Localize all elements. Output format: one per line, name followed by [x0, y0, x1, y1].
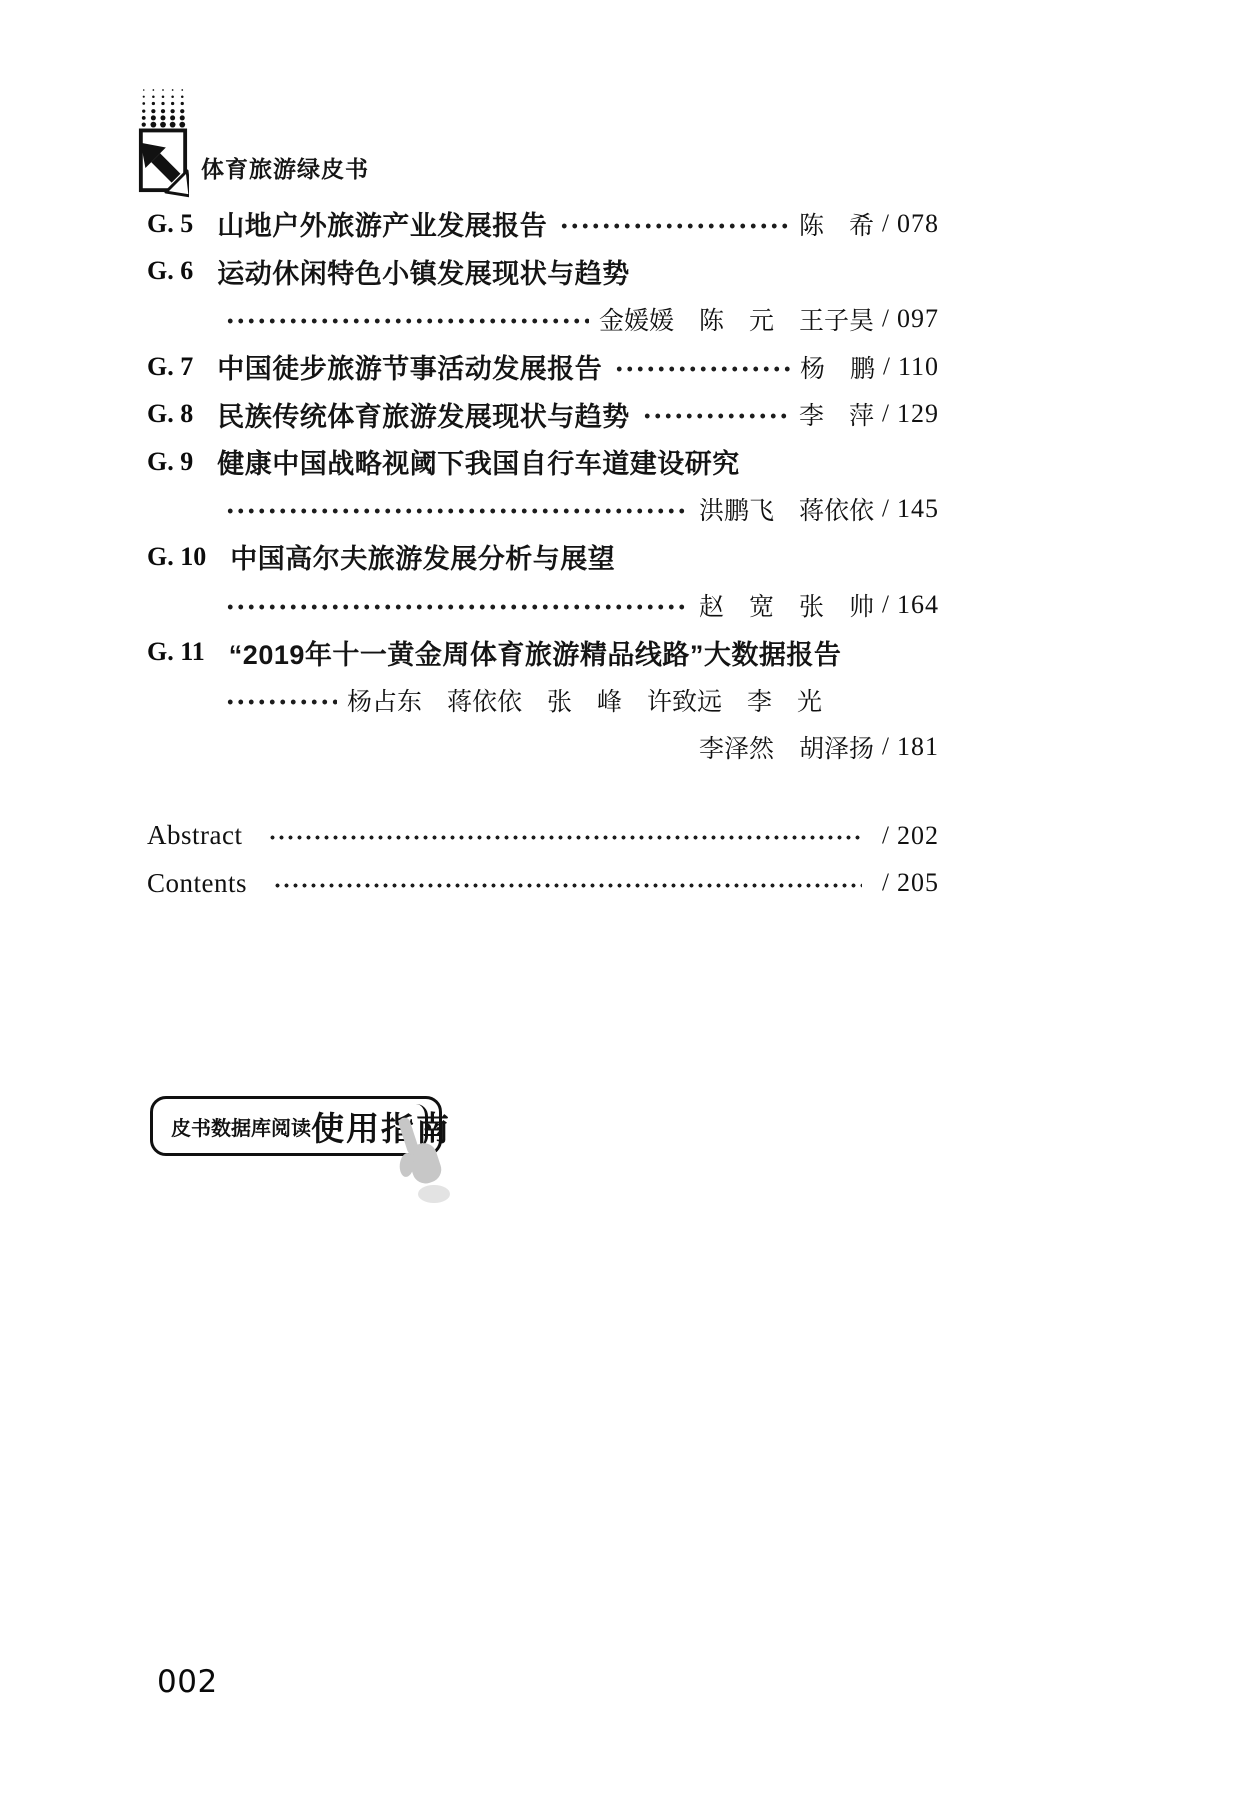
- dot-leader: [273, 882, 862, 889]
- toc-row-g10-authors: 赵 宽 张 帅 / 164: [147, 581, 939, 629]
- dot-leader: [225, 698, 337, 706]
- entry-authors: 李 萍: [799, 396, 874, 432]
- hand-pointer-icon: [392, 1112, 454, 1208]
- entry-page-number: 097: [897, 304, 939, 334]
- dot-leader: [559, 222, 789, 230]
- entry-number: G. 6: [147, 256, 193, 286]
- toc-row-g7: G. 7 中国徒步旅游节事活动发展报告 杨 鹏 / 110: [147, 343, 939, 391]
- toc-row-g9: G. 9 健康中国战略视阈下我国自行车道建设研究: [147, 438, 939, 486]
- entry-page-number: 129: [897, 399, 939, 429]
- toc-row-g11-authors-1: 杨占东 蒋依依 张 峰 许致远 李 光: [147, 676, 939, 724]
- toc-list: G. 5 山地户外旅游产业发展报告 陈 希 / 078 G. 6 运动休闲特色小…: [147, 200, 939, 771]
- entry-page-number: 078: [897, 209, 939, 239]
- footer-page-number: 002: [157, 1664, 218, 1700]
- page-separator: /: [882, 591, 889, 619]
- toc-row-g5: G. 5 山地户外旅游产业发展报告 陈 希 / 078: [147, 200, 939, 248]
- toc-row-g6-authors: 金媛媛 陈 元 王子昊 / 097: [147, 295, 939, 343]
- entry-title: 健康中国战略视阈下我国自行车道建设研究: [217, 442, 740, 481]
- entry-number: G. 9: [147, 447, 193, 477]
- page-separator: /: [883, 353, 890, 381]
- contents-label: Contents: [147, 868, 247, 899]
- entry-title: “2019年十一黄金周体育旅游精品线路”大数据报告: [229, 633, 842, 672]
- entry-page-number: 181: [897, 732, 939, 762]
- toc-row-g9-authors: 洪鹏飞 蒋依依 / 145: [147, 486, 939, 534]
- dot-leader: [225, 507, 689, 515]
- dot-leader: [268, 834, 862, 841]
- entry-authors: 杨占东 蒋依依 张 峰 许致远 李 光: [347, 682, 822, 718]
- entry-authors: 金媛媛 陈 元 王子昊: [599, 301, 874, 337]
- entry-title: 运动休闲特色小镇发展现状与趋势: [217, 252, 630, 291]
- toc-row-g8: G. 8 民族传统体育旅游发展现状与趋势 李 萍 / 129: [147, 390, 939, 438]
- entry-authors: 洪鹏飞 蒋依依: [699, 491, 874, 527]
- dot-leader: [642, 412, 789, 420]
- entry-title: 中国徒步旅游节事活动发展报告: [217, 347, 602, 386]
- back-matter-list: Abstract / 202 Contents / 205: [147, 812, 939, 907]
- back-matter-row-abstract: Abstract / 202: [147, 812, 939, 860]
- entry-page-number: 202: [897, 821, 939, 851]
- entry-title: 中国高尔夫旅游发展分析与展望: [230, 537, 615, 576]
- brand-title: 体育旅游绿皮书: [201, 151, 369, 184]
- toc-row-g6: G. 6 运动休闲特色小镇发展现状与趋势: [147, 248, 939, 296]
- dot-leader: [614, 365, 790, 373]
- guide-prefix-label: 皮书数据库阅读: [171, 1112, 311, 1141]
- entry-number: G. 8: [147, 399, 193, 429]
- header: 体育旅游绿皮书: [137, 86, 369, 198]
- entry-authors: 赵 宽 张 帅: [699, 587, 874, 623]
- page-separator: /: [882, 305, 889, 333]
- entry-title: 民族传统体育旅游发展现状与趋势: [217, 395, 630, 434]
- dot-leader: [225, 603, 689, 611]
- entry-number: G. 11: [147, 637, 205, 667]
- back-matter-row-contents: Contents / 205: [147, 860, 939, 908]
- entry-page-number: 205: [897, 868, 939, 898]
- page-separator: /: [882, 495, 889, 523]
- page-separator: /: [882, 822, 889, 850]
- book-toc-page: 体育旅游绿皮书 G. 5 山地户外旅游产业发展报告 陈 希 / 078 G. 6…: [0, 0, 1247, 1799]
- greenbook-logo-icon: [137, 86, 189, 198]
- page-separator: /: [882, 869, 889, 897]
- entry-page-number: 145: [897, 494, 939, 524]
- toc-row-g11: G. 11 “2019年十一黄金周体育旅游精品线路”大数据报告: [147, 628, 939, 676]
- page-separator: /: [882, 733, 889, 761]
- entry-title: 山地户外旅游产业发展报告: [217, 204, 547, 243]
- entry-authors: 杨 鹏: [800, 349, 875, 385]
- entry-number: G. 5: [147, 209, 193, 239]
- toc-row-g10: G. 10 中国高尔夫旅游发展分析与展望: [147, 533, 939, 581]
- entry-authors: 陈 希: [799, 206, 874, 242]
- entry-page-number: 164: [897, 590, 939, 620]
- page-separator: /: [882, 400, 889, 428]
- entry-number: G. 7: [147, 352, 193, 382]
- page-separator: /: [882, 210, 889, 238]
- dot-leader: [225, 317, 589, 325]
- abstract-label: Abstract: [147, 820, 242, 851]
- entry-authors: 李泽然 胡泽扬: [699, 729, 874, 765]
- toc-row-g11-authors-2: 李泽然 胡泽扬 / 181: [147, 724, 939, 772]
- entry-number: G. 10: [147, 542, 206, 572]
- entry-page-number: 110: [898, 352, 939, 382]
